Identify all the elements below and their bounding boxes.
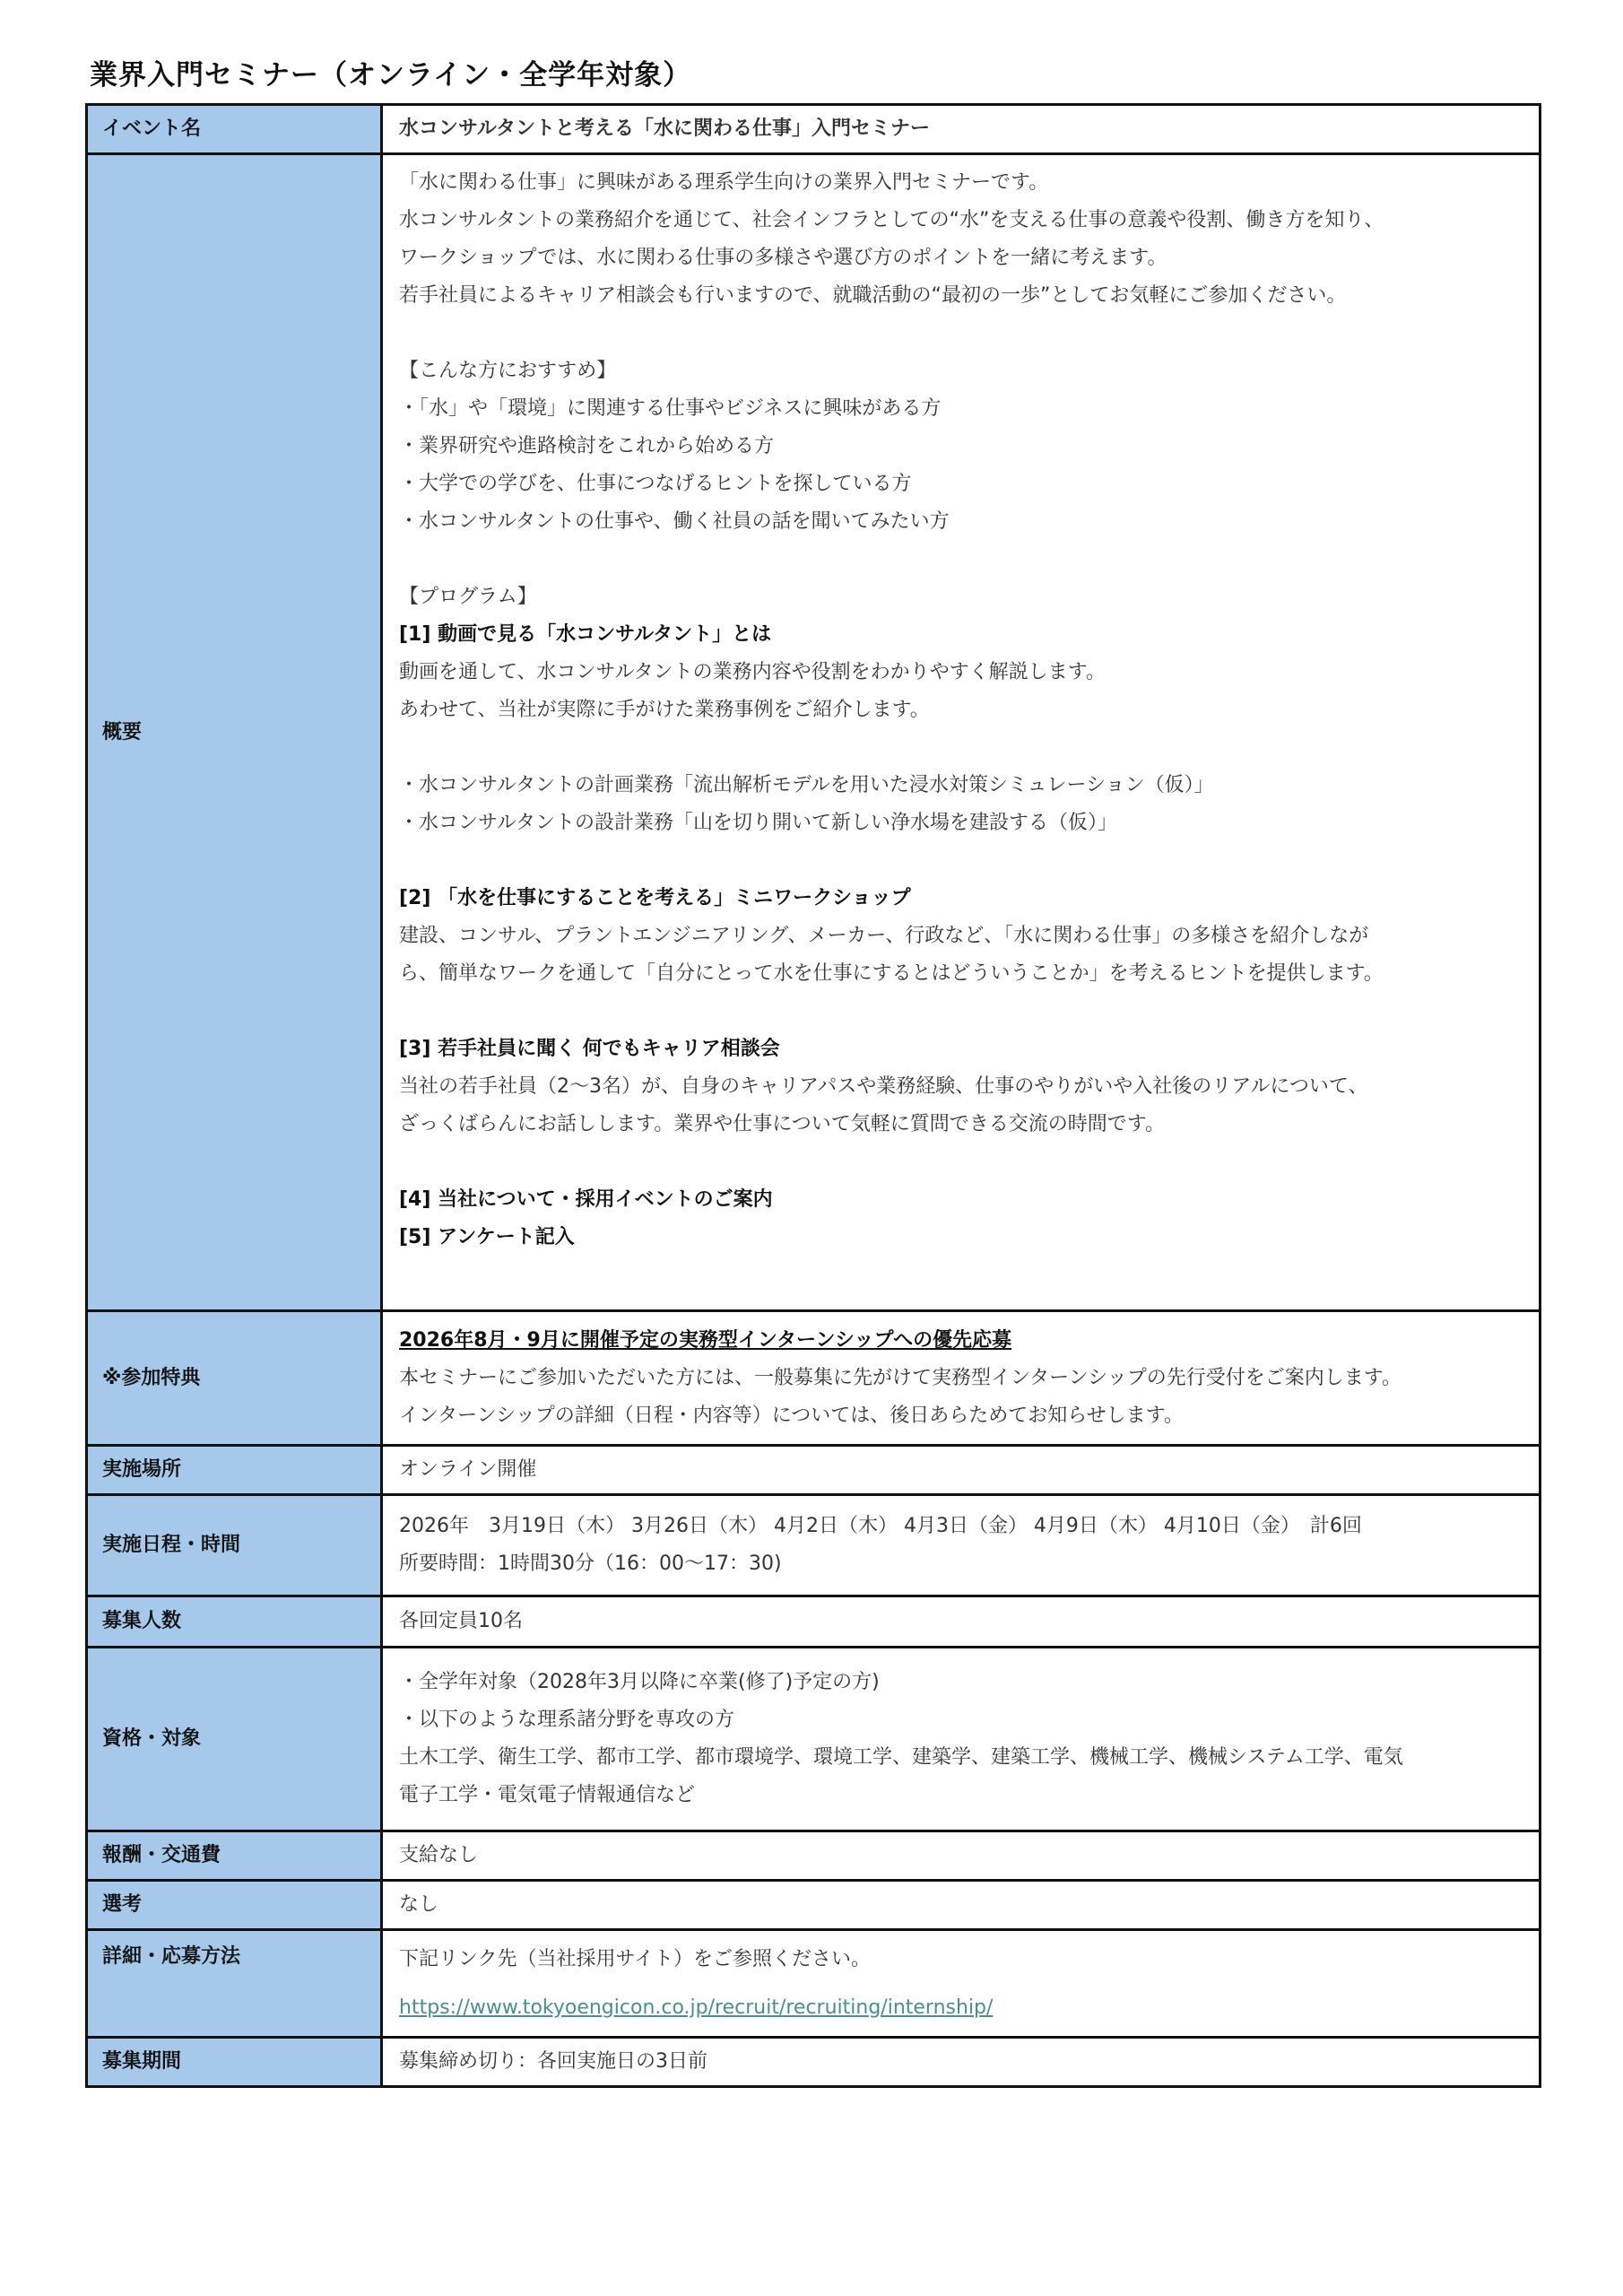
program-4-title: [4] 当社について・採用イベントのご案内 [399, 1181, 1523, 1219]
program-heading: 【プログラム】 [399, 578, 1523, 616]
label-period: 募集期間 [87, 2038, 382, 2087]
eligibility-line: 電子工学・電気電子情報通信など [399, 1777, 1523, 1814]
label-selection: 選考 [87, 1881, 382, 1930]
eligibility-line: ・全学年対象（2028年3月以降に卒業(修了)予定の方) [399, 1664, 1523, 1701]
row-overview: 概要 「水に関わる仕事」に興味がある理系学生向けの業界入門セミナーです。 水コン… [87, 154, 1541, 1311]
benefit-headline: 2026年8月・9月に開催予定の実務型インターンシップへの優先応募 [399, 1322, 1523, 1360]
program-1-line: 動画を通して、水コンサルタントの業務内容や役割をわかりやすく解説します。 [399, 654, 1523, 691]
program-1-line: あわせて、当社が実際に手がけた業務事例をご紹介します。 [399, 691, 1523, 729]
recommend-item: ・「水」や「環境」に関連する仕事やビジネスに興味がある方 [399, 390, 1523, 428]
row-eligibility: 資格・対象 ・全学年対象（2028年3月以降に卒業(修了)予定の方) ・以下のよ… [87, 1648, 1541, 1831]
recommend-item: ・大学での学びを、仕事につなげるヒントを探している方 [399, 465, 1523, 503]
program-5-title: [5] アンケート記入 [399, 1219, 1523, 1257]
program-1-title: [1] 動画で見る「水コンサルタント」とは [399, 616, 1523, 654]
recommend-heading: 【こんな方におすすめ】 [399, 352, 1523, 390]
row-schedule: 実施日程・時間 2026年 3月19日（木） 3月26日（木） 4月2日（木） … [87, 1495, 1541, 1596]
eligibility-line: 土木工学、衛生工学、都市工学、都市環境学、環境工学、建築学、建築工学、機械工学、… [399, 1739, 1523, 1777]
value-eligibility: ・全学年対象（2028年3月以降に卒業(修了)予定の方) ・以下のような理系諸分… [382, 1648, 1541, 1831]
value-benefit: 2026年8月・9月に開催予定の実務型インターンシップへの優先応募 本セミナーに… [382, 1311, 1541, 1446]
page-title: 業界入門セミナー（オンライン・全学年対象） [90, 52, 691, 92]
label-event-name: イベント名 [87, 105, 382, 154]
program-3-title: [3] 若手社員に聞く 何でもキャリア相談会 [399, 1031, 1523, 1068]
recruit-site-link[interactable]: https://www.tokyoengicon.co.jp/recruit/r… [399, 1996, 993, 2019]
eligibility-line: ・以下のような理系諸分野を専攻の方 [399, 1701, 1523, 1739]
value-selection: なし [382, 1881, 1541, 1930]
overview-intro-4: 若手社員によるキャリア相談会も行いますので、就職活動の“最初の一歩”としてお気軽… [399, 277, 1523, 315]
value-period: 募集締め切り：各回実施日の3日前 [382, 2038, 1541, 2087]
row-selection: 選考 なし [87, 1881, 1541, 1930]
program-2-title: [2] 「水を仕事にすることを考える」ミニワークショップ [399, 880, 1523, 918]
row-period: 募集期間 募集締め切り：各回実施日の3日前 [87, 2038, 1541, 2087]
row-capacity: 募集人数 各回定員10名 [87, 1596, 1541, 1648]
row-compensation: 報酬・交通費 支給なし [87, 1831, 1541, 1881]
program-3-line: ざっくばらんにお話しします。業界や仕事について気軽に質問できる交流の時間です。 [399, 1106, 1523, 1144]
benefit-line: インターンシップの詳細（日程・内容等）については、後日あらためてお知らせします。 [399, 1397, 1523, 1435]
value-capacity: 各回定員10名 [382, 1596, 1541, 1648]
label-benefit: ※参加特典 [87, 1311, 382, 1446]
label-capacity: 募集人数 [87, 1596, 382, 1648]
label-schedule: 実施日程・時間 [87, 1495, 382, 1596]
value-venue: オンライン開催 [382, 1446, 1541, 1495]
benefit-line: 本セミナーにご参加いただいた方には、一般募集に先がけて実務型インターンシップの先… [399, 1360, 1523, 1397]
recommend-item: ・水コンサルタントの仕事や、働く社員の話を聞いてみたい方 [399, 503, 1523, 541]
program-1-example: ・水コンサルタントの設計業務「山を切り開いて新しい浄水場を建設する（仮）」 [399, 804, 1523, 842]
value-apply: 下記リンク先（当社採用サイト）をご参照ください。 https://www.tok… [382, 1930, 1541, 2038]
program-3-line: 当社の若手社員（2～3名）が、自身のキャリアパスや業務経験、仕事のやりがいや入社… [399, 1068, 1523, 1106]
value-event-name: 水コンサルタントと考える「水に関わる仕事」入門セミナー [382, 105, 1541, 154]
overview-intro-3: ワークショップでは、水に関わる仕事の多様さや選び方のポイントを一緒に考えます。 [399, 239, 1523, 277]
program-2-line: 建設、コンサル、プラントエンジニアリング、メーカー、行政など、「水に関わる仕事」… [399, 918, 1523, 955]
apply-text: 下記リンク先（当社採用サイト）をご参照ください。 [399, 1941, 1523, 1979]
value-schedule: 2026年 3月19日（木） 3月26日（木） 4月2日（木） 4月3日（金） … [382, 1495, 1541, 1596]
program-1-example: ・水コンサルタントの計画業務「流出解析モデルを用いた浸水対策シミュレーション（仮… [399, 767, 1523, 804]
value-compensation: 支給なし [382, 1831, 1541, 1881]
recommend-item: ・業界研究や進路検討をこれから始める方 [399, 428, 1523, 465]
overview-intro-1: 「水に関わる仕事」に興味がある理系学生向けの業界入門セミナーです。 [399, 164, 1523, 202]
label-eligibility: 資格・対象 [87, 1648, 382, 1831]
label-apply: 詳細・応募方法 [87, 1930, 382, 2038]
schedule-duration: 所要時間：1時間30分（16：00～17：30) [399, 1545, 1523, 1583]
row-benefit: ※参加特典 2026年8月・9月に開催予定の実務型インターンシップへの優先応募 … [87, 1311, 1541, 1446]
row-event-name: イベント名 水コンサルタントと考える「水に関わる仕事」入門セミナー [87, 105, 1541, 154]
row-apply: 詳細・応募方法 下記リンク先（当社採用サイト）をご参照ください。 https:/… [87, 1930, 1541, 2038]
program-2-line: ら、簡単なワークを通して「自分にとって水を仕事にするとはどういうことか」を考える… [399, 955, 1523, 993]
value-overview: 「水に関わる仕事」に興味がある理系学生向けの業界入門セミナーです。 水コンサルタ… [382, 154, 1541, 1311]
seminar-info-table: イベント名 水コンサルタントと考える「水に関わる仕事」入門セミナー 概要 「水に… [85, 103, 1541, 2088]
row-venue: 実施場所 オンライン開催 [87, 1446, 1541, 1495]
schedule-dates: 2026年 3月19日（木） 3月26日（木） 4月2日（木） 4月3日（金） … [399, 1508, 1523, 1545]
overview-intro-2: 水コンサルタントの業務紹介を通じて、社会インフラとしての“水”を支える仕事の意義… [399, 202, 1523, 239]
label-overview: 概要 [87, 154, 382, 1311]
label-venue: 実施場所 [87, 1446, 382, 1495]
label-compensation: 報酬・交通費 [87, 1831, 382, 1881]
